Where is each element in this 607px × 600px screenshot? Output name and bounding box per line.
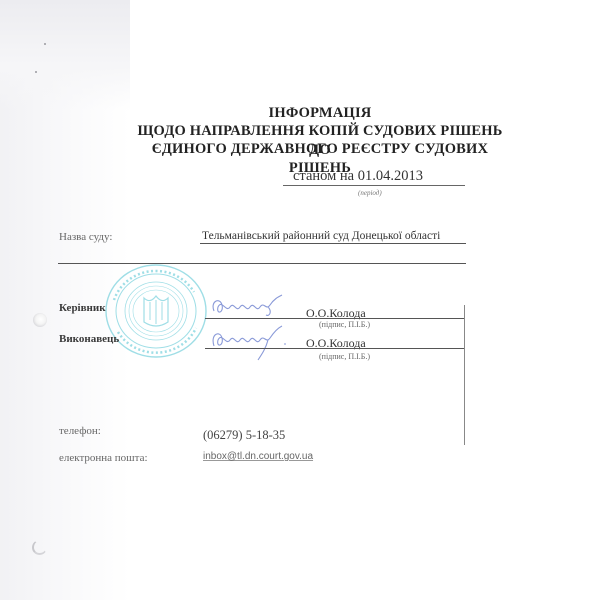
head-signature-icon — [208, 291, 288, 321]
court-name-underline — [200, 243, 466, 244]
court-name-label: Назва суду: — [59, 231, 112, 243]
executor-signature-line — [205, 348, 464, 349]
period-value: станом на 01.04.2013 — [293, 168, 423, 185]
head-signature-caption: (підпис, П.І.Б.) — [319, 320, 370, 329]
court-name-value: Тельманівський районний суд Донецької об… — [202, 230, 440, 242]
document-title: ІНФОРМАЦІЯ — [130, 104, 510, 123]
email-label: електронна пошта: — [59, 452, 148, 464]
head-signature-line — [205, 318, 464, 319]
period-underline — [283, 185, 465, 186]
scan-speck — [35, 71, 37, 73]
phone-value: (06279) 5-18-35 — [203, 428, 285, 443]
right-border-rule — [464, 305, 465, 445]
scan-speck — [44, 43, 46, 45]
punch-hole — [33, 313, 47, 327]
email-link[interactable]: inbox@tl.dn.court.gov.ua — [203, 451, 313, 462]
head-role-label: Керівник — [59, 302, 106, 314]
court-seal-stamp-icon — [104, 262, 208, 360]
punch-hole — [32, 540, 47, 555]
period-caption: (період) — [358, 189, 382, 197]
scan-top-shadow — [0, 0, 130, 110]
executor-signature-icon — [210, 322, 294, 362]
phone-label: телефон: — [59, 425, 101, 437]
executor-signature-caption: (підпис, П.І.Б.) — [319, 352, 370, 361]
executor-role-label: Виконавець — [59, 333, 119, 345]
